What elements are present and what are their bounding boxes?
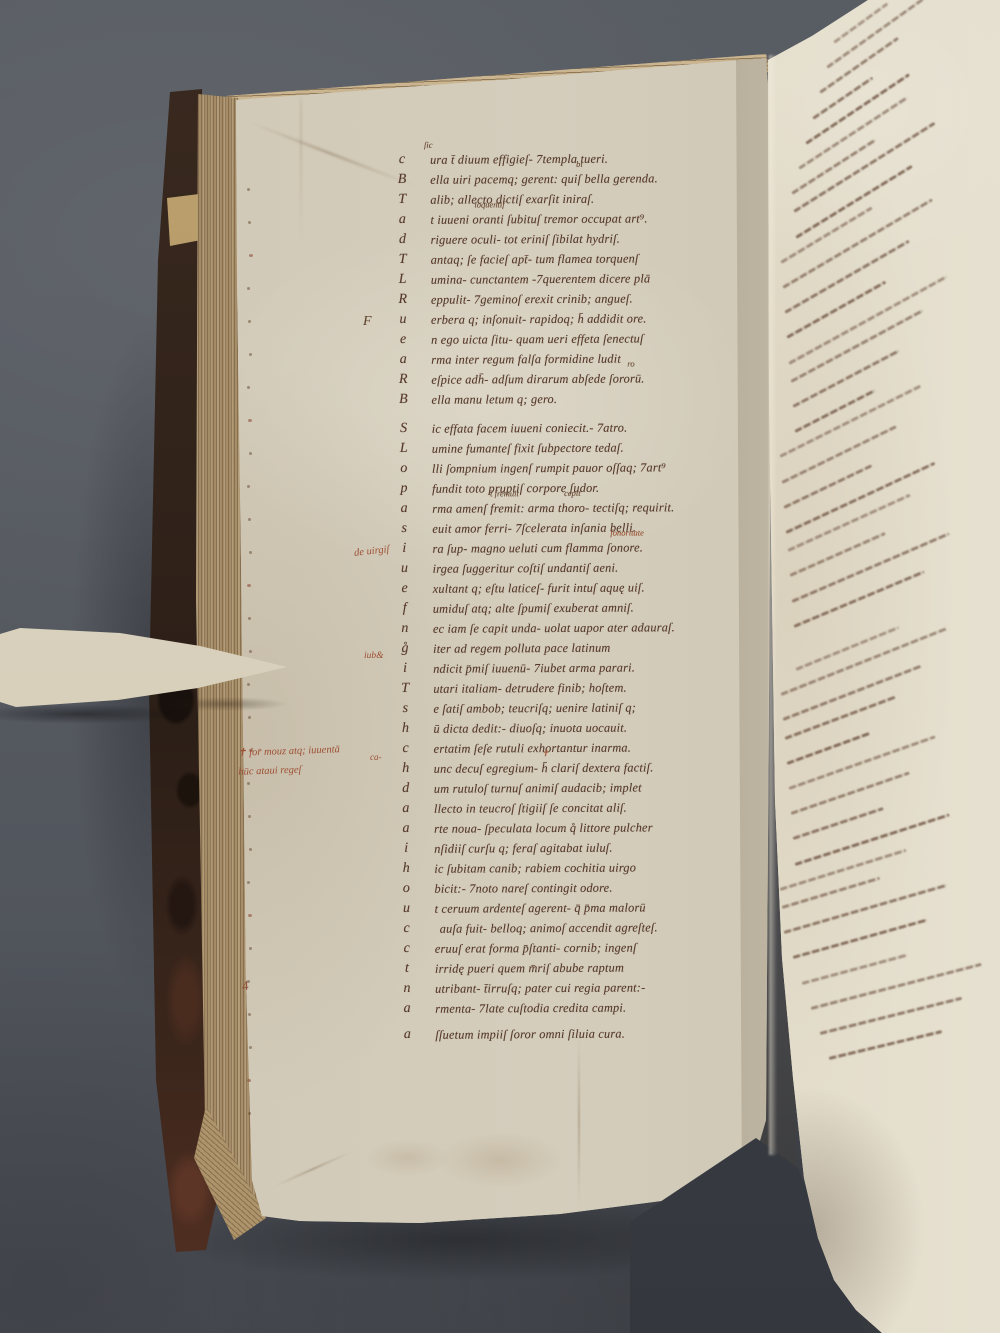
manuscript-photograph: cura t̄ diuum effigieſ- 7templa tueri.ſi…: [0, 0, 1000, 1333]
